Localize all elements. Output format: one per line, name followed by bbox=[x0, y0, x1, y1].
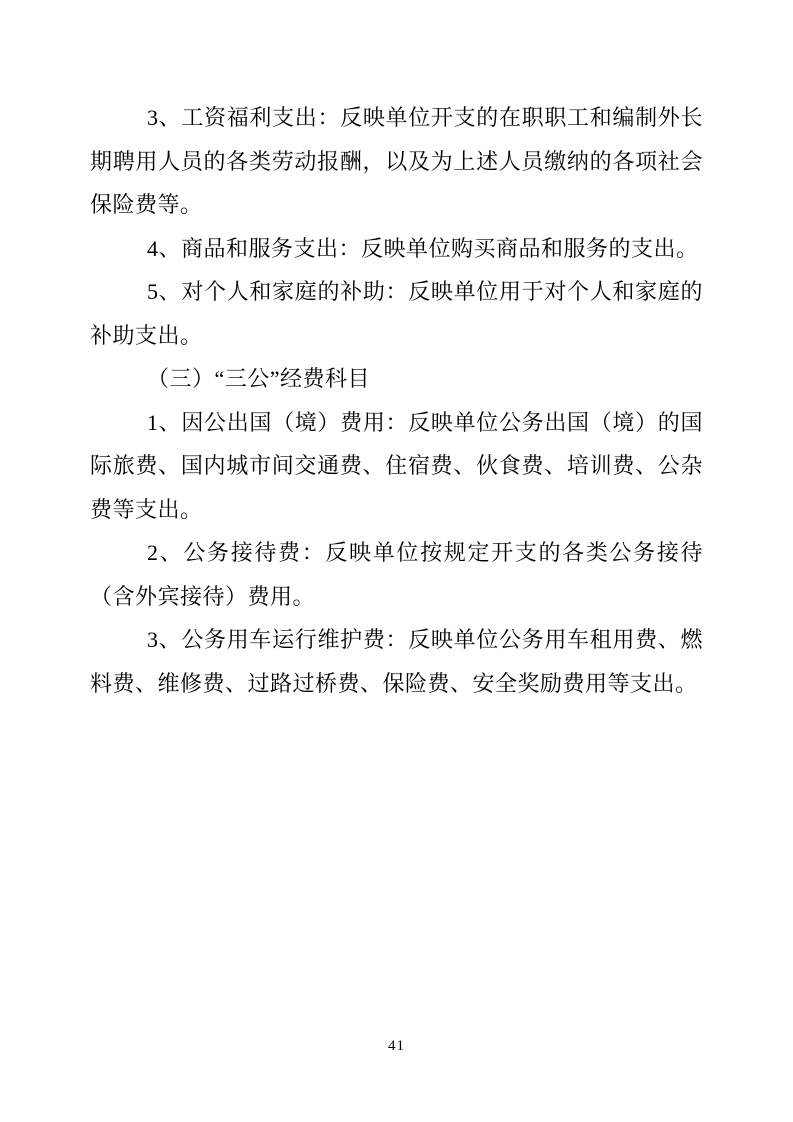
paragraph-official-vehicle-maintenance-expense: 3、公务用车运行维护费：反映单位公务用车租用费、燃料费、维修费、过路过桥费、保险… bbox=[90, 618, 703, 705]
paragraph-individual-family-subsidy: 5、对个人和家庭的补助：反映单位用于对个人和家庭的补助支出。 bbox=[90, 270, 703, 357]
document-page: 3、工资福利支出：反映单位开支的在职职工和编制外长期聘用人员的各类劳动报酬，以及… bbox=[0, 0, 793, 1122]
paragraph-overseas-travel-expense: 1、因公出国（境）费用：反映单位公务出国（境）的国际旅费、国内城市间交通费、住宿… bbox=[90, 401, 703, 532]
page-number: 41 bbox=[0, 1038, 793, 1055]
paragraph-goods-services-expense: 4、商品和服务支出：反映单位购买商品和服务的支出。 bbox=[90, 227, 703, 271]
document-body: 3、工资福利支出：反映单位开支的在职职工和编制外长期聘用人员的各类劳动报酬，以及… bbox=[90, 96, 703, 705]
paragraph-official-reception-expense: 2、公务接待费：反映单位按规定开支的各类公务接待（含外宾接待）费用。 bbox=[90, 531, 703, 618]
heading-three-public-funds-subjects: （三）“三公”经费科目 bbox=[90, 357, 703, 401]
paragraph-wage-welfare-expense: 3、工资福利支出：反映单位开支的在职职工和编制外长期聘用人员的各类劳动报酬，以及… bbox=[90, 96, 703, 227]
